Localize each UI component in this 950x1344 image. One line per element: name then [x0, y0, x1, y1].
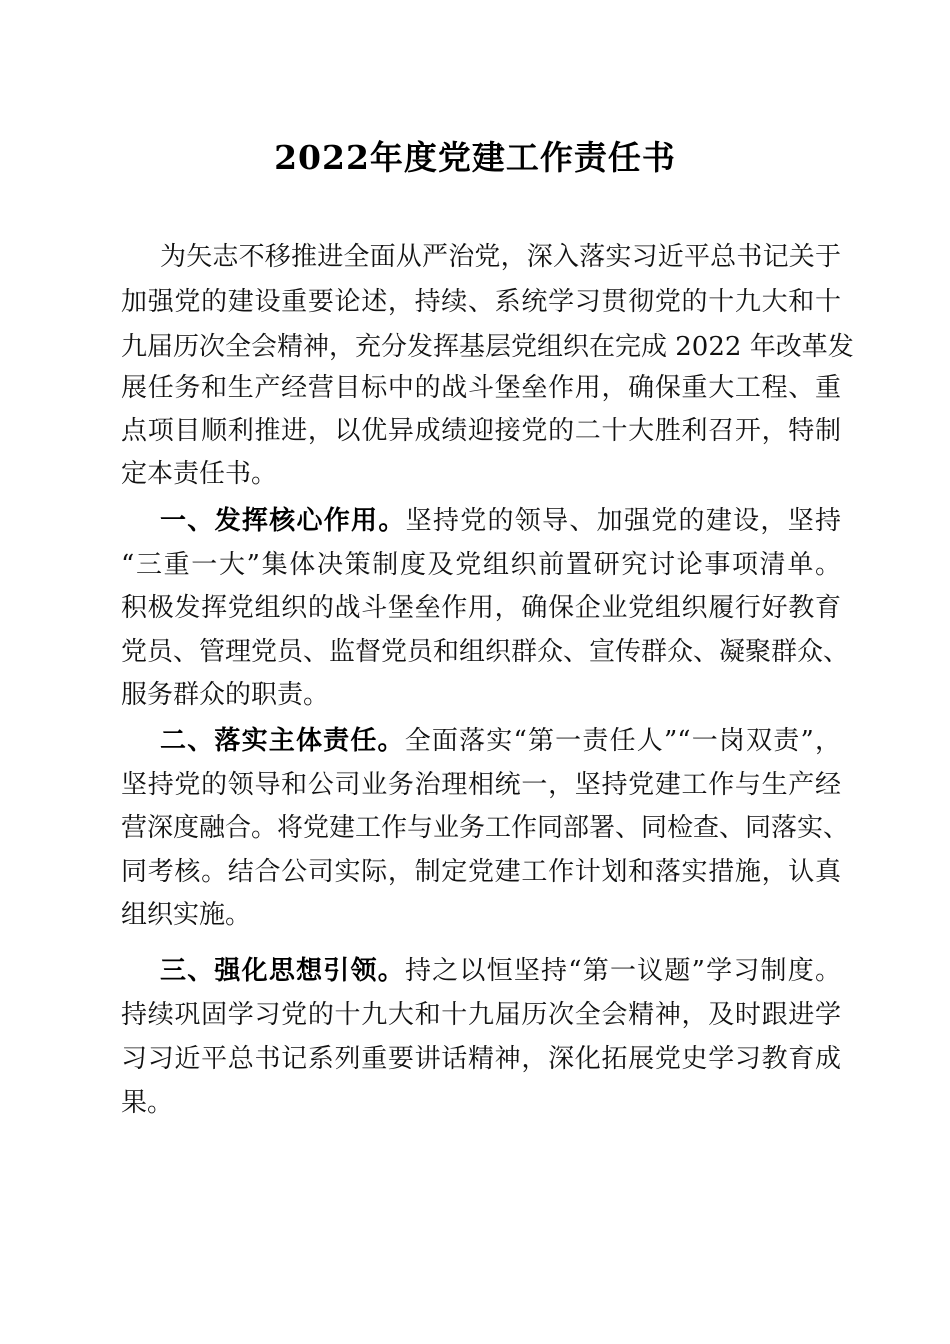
section-line: 服务群众的职责。	[121, 675, 841, 715]
intro-line: 为矢志不移推进全面从严治党，深入落实习近平总书记关于	[160, 237, 841, 277]
section-line: 组织实施。	[121, 895, 841, 935]
section-line: 持续巩固学习党的十九大和十九届历次全会精神，及时跟进学	[121, 995, 841, 1035]
section-line: 党员、管理党员、监督党员和组织群众、宣传群众、凝聚群众、	[121, 632, 841, 672]
section-line: 习习近平总书记系列重要讲话精神，深化拓展党史学习教育成	[121, 1039, 841, 1079]
section-heading: 一、发挥核心作用。	[160, 506, 406, 536]
section-line: 营深度融合。将党建工作与业务工作同部署、同检查、同落实、	[121, 808, 841, 848]
section-text: 坚持党的领导、加强党的建设，坚持	[406, 506, 841, 536]
intro-line: 九届历次全会精神，充分发挥基层党组织在完成 2022 年改革发	[121, 327, 841, 367]
section-3-first-line: 三、强化思想引领。持之以恒坚持“第一议题”学习制度。	[160, 951, 841, 991]
intro-line: 点项目顺利推进，以优异成绩迎接党的二十大胜利召开，特制	[121, 411, 841, 451]
document-title: 2022年度党建工作责任书	[0, 136, 950, 180]
section-2-first-line: 二、落实主体责任。全面落实“第一责任人”“一岗双责”，	[160, 721, 841, 761]
section-line: 果。	[121, 1083, 841, 1123]
section-text: 全面落实“第一责任人”“一岗双责”，	[405, 726, 841, 756]
section-line: 同考核。结合公司实际，制定党建工作计划和落实措施，认真	[121, 852, 841, 892]
section-line: “三重一大”集体决策制度及党组织前置研究讨论事项清单。	[121, 545, 841, 585]
section-heading: 三、强化思想引领。	[160, 956, 405, 986]
section-1-first-line: 一、发挥核心作用。坚持党的领导、加强党的建设，坚持	[160, 501, 841, 541]
intro-line: 定本责任书。	[121, 454, 841, 494]
intro-line: 加强党的建设重要论述，持续、系统学习贯彻党的十九大和十	[121, 282, 841, 322]
section-heading: 二、落实主体责任。	[160, 726, 405, 756]
intro-line: 展任务和生产经营目标中的战斗堡垒作用，确保重大工程、重	[121, 368, 841, 408]
section-text: 持之以恒坚持“第一议题”学习制度。	[405, 956, 841, 986]
document-page: 2022年度党建工作责任书 为矢志不移推进全面从严治党，深入落实习近平总书记关于…	[0, 0, 950, 1344]
section-line: 积极发挥党组织的战斗堡垒作用，确保企业党组织履行好教育	[121, 588, 841, 628]
section-line: 坚持党的领导和公司业务治理相统一，坚持党建工作与生产经	[121, 765, 841, 805]
